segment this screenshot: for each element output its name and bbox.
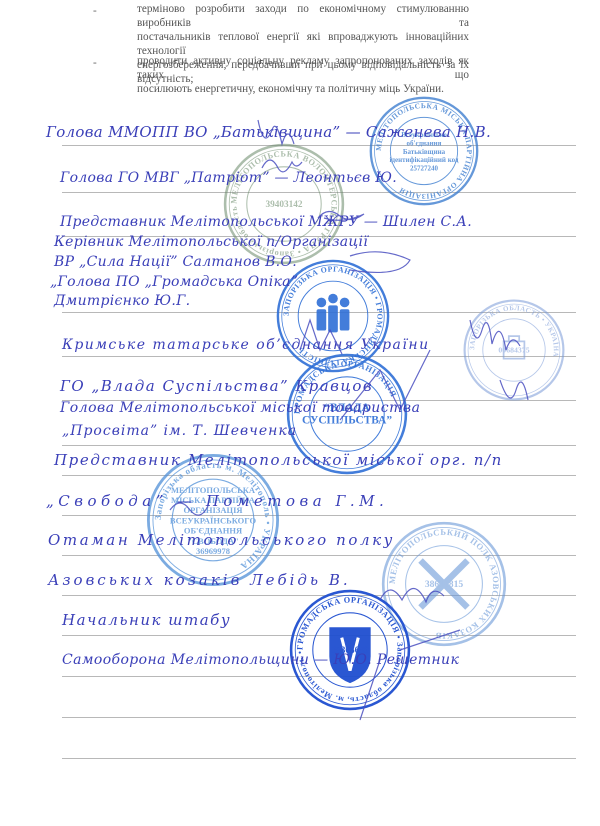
svg-text:00684375: 00684375 xyxy=(498,346,529,355)
bullet-dash: - xyxy=(93,56,97,70)
handwritten-line: „Просвіта” ім. Т. Шевченка xyxy=(62,423,297,439)
bullet-text: проводити активну соціальну рекламу запр… xyxy=(137,54,469,96)
svg-text:СУСПІЛЬСТВА”: СУСПІЛЬСТВА” xyxy=(302,414,392,426)
handwritten-line: Дмитрієнко Ю.Г. xyxy=(54,293,190,309)
handwritten-line: Отаман Мелітопольського полку xyxy=(48,531,395,549)
stamp-crimean-tatar: ЗАПОРІЗЬКА ОБЛАСТЬ • УКРАЇНА 00684375 xyxy=(462,298,566,402)
stamp-samooborona: ГРОМАДСЬКА ОРГАНІЗАЦІЯ • Запорізька обла… xyxy=(288,588,412,712)
svg-text:Батьківщина: Батьківщина xyxy=(403,148,446,156)
svg-text:39403142: 39403142 xyxy=(265,200,302,210)
text-line: проводити активну соціальну рекламу запр… xyxy=(137,54,469,82)
handwritten-line: Голова ММОПП ВО „Батьківщина” — Саженева… xyxy=(46,123,491,141)
text-line: посилюють енергетичну, економічну та пол… xyxy=(137,82,469,96)
handwritten-line: Керівник Мелітопольської п/Організації xyxy=(54,234,368,250)
text-line: терміново розробити заходи по економічно… xyxy=(137,2,469,30)
handwritten-line: Азовських козаків Лебідь В. xyxy=(48,571,351,589)
svg-text:25727240: 25727240 xyxy=(410,165,439,173)
ruled-line xyxy=(62,515,576,516)
handwritten-line: Голова ГО МВГ „Патріот” — Леонтьєв Ю. xyxy=(60,170,397,186)
handwritten-line: Самооборона Мелітопольщини — Ю.О. Решетн… xyxy=(62,652,459,668)
handwritten-line: Кримське татарське об’єднання України xyxy=(62,337,430,353)
handwritten-line: „Свобода” — Пометова Г.М. xyxy=(46,492,388,510)
stamp-batkivshchyna: МЕЛІТОПОЛЬСЬКА МІСЬКА ПАРТІЙНА ОРГАНІЗАЦ… xyxy=(368,95,480,207)
ruled-line xyxy=(62,717,576,718)
handwritten-line: ВР „Сила Нації” Салтанов В.О. xyxy=(54,254,297,270)
handwritten-line: Представник Мелітопольської міської орг.… xyxy=(54,451,503,469)
handwritten-line: Голова Мелітопольської міської товариств… xyxy=(60,400,420,416)
handwritten-line: „Голова ПО „Громадська Опіка” xyxy=(50,274,298,290)
handwritten-line: Представник Мелітопольської МЖРУ — Шилен… xyxy=(60,214,472,230)
ruled-line xyxy=(62,758,576,759)
bullet-dash: - xyxy=(93,4,97,18)
svg-text:ідентифікаційний код: ідентифікаційний код xyxy=(390,156,459,164)
stamp-svoboda: Запорізька область м. Мелітополь • УКРАЇ… xyxy=(145,452,281,588)
svg-text:ВСЕУКРАЇНСЬКОГО: ВСЕУКРАЇНСЬКОГО xyxy=(170,515,257,525)
handwritten-line: ГО „Влада Суспільства” Кравцов xyxy=(60,377,373,395)
handwritten-line: Начальник штабу xyxy=(62,611,231,629)
svg-text:38614815: 38614815 xyxy=(425,579,464,590)
